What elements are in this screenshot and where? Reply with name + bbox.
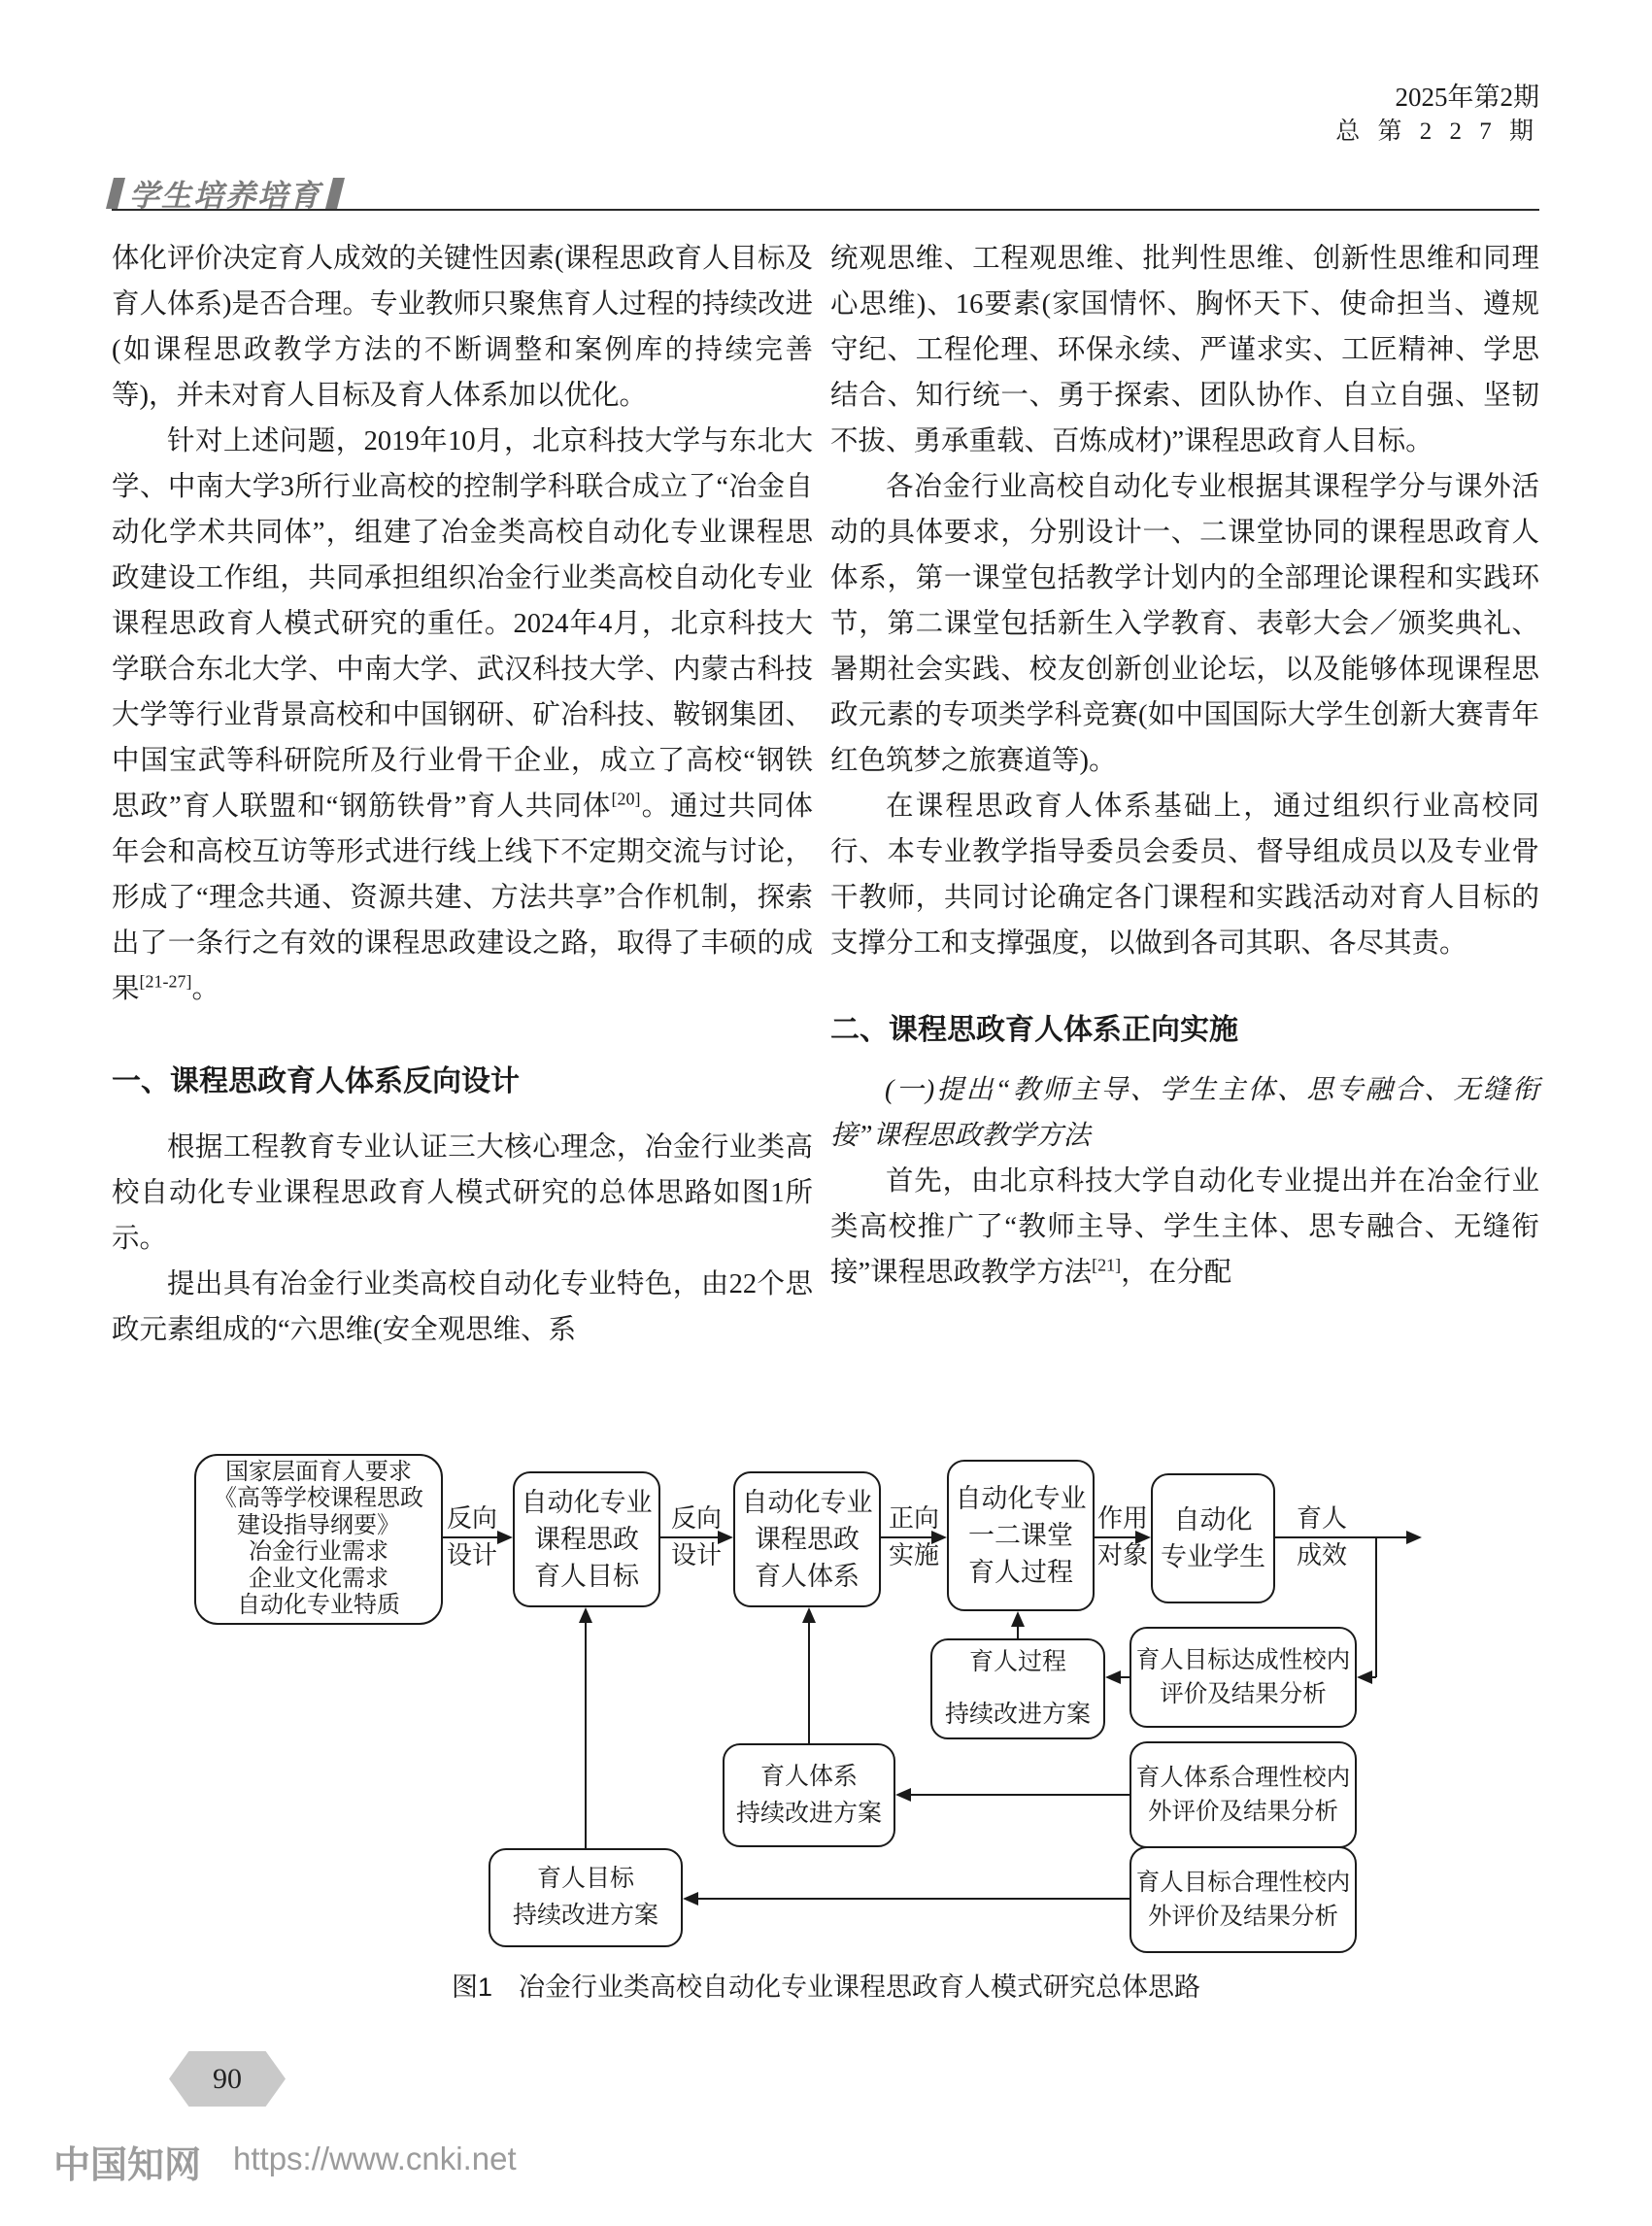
flow-label-outcome: 育人 成效 [1293, 1501, 1351, 1574]
header-divider [112, 209, 1539, 211]
flow-box-requirements: 国家层面育人要求 《高等学校课程思政 建设指导纲要》 冶金行业需求 企业文化需求… [194, 1454, 443, 1625]
sub-heading: (一)提出“教师主导、学生主体、思专融合、无缝衔接”课程思政教学方法 [830, 1067, 1539, 1159]
flow-box-education-system: 自动化专业 课程思政 育人体系 [733, 1471, 881, 1607]
right-column: 统观思维、工程观思维、批判性思维、创新性思维和同理心思维)、16要素(家国情怀、… [830, 236, 1539, 1296]
flow-box-system-rationality-evaluation: 育人体系合理性校内 外评价及结果分析 [1129, 1741, 1357, 1848]
paragraph: 针对上述问题，2019年10月，北京科技大学与东北大学、中南大学3所行业高校的控… [112, 419, 813, 1012]
paragraph: 提出具有冶金行业类高校自动化专业特色，由22个思政元素组成的“六思维(安全观思维… [112, 1262, 813, 1353]
page-number: 90 [213, 2063, 242, 2096]
flow-box-students: 自动化 专业学生 [1151, 1473, 1275, 1603]
issue-info: 2025年第2期 总 第 2 2 7 期 [1335, 80, 1539, 150]
section-heading-1: 一、课程思政育人体系反向设计 [112, 1062, 813, 1101]
section-heading-2: 二、课程思政育人体系正向实施 [830, 1011, 1539, 1050]
flow-box-goal-rationality-evaluation: 育人目标合理性校内 外评价及结果分析 [1129, 1846, 1357, 1953]
figure-caption: 图1 冶金行业类高校自动化专业课程思政育人模式研究总体思路 [0, 1966, 1652, 2004]
page-number-badge: 90 [169, 2051, 286, 2107]
flow-box-education-goal: 自动化专业 课程思政 育人目标 [513, 1471, 660, 1607]
paragraph: 各冶金行业高校自动化专业根据其课程学分与课外活动的具体要求，分别设计一、二课堂协… [830, 464, 1539, 784]
flow-box-goal-attainment-evaluation: 育人目标达成性校内 评价及结果分析 [1129, 1627, 1357, 1728]
paragraph: 在课程思政育人体系基础上，通过组织行业高校同行、本专业教学指导委员会委员、督导组… [830, 784, 1539, 966]
flow-label-target-object: 作用 对象 [1094, 1501, 1152, 1574]
paragraph: 根据工程教育专业认证三大核心理念，冶金行业类高校自动化专业课程思政育人模式研究的… [112, 1125, 813, 1262]
issue-year: 2025年第2期 [1335, 80, 1539, 115]
banner-bar-icon [106, 178, 125, 209]
flow-box-education-process: 自动化专业 一二课堂 育人过程 [947, 1460, 1095, 1611]
paragraph: 统观思维、工程观思维、批判性思维、创新性思维和同理心思维)、16要素(家国情怀、… [830, 236, 1539, 464]
banner-bar-icon [325, 178, 345, 209]
flow-label-reverse-design-2: 反向 设计 [667, 1501, 725, 1574]
journal-page: 2025年第2期 总 第 2 2 7 期 学生培养培育 体化评价决定育人成效的关… [0, 0, 1652, 2226]
flow-box-process-improvement: 育人过程 持续改进方案 [930, 1638, 1105, 1739]
flow-box-system-improvement: 育人体系 持续改进方案 [723, 1743, 895, 1847]
paragraph: 体化评价决定育人成效的关键性因素(课程思政育人目标及育人体系)是否合理。专业教师… [112, 236, 813, 419]
flow-box-goal-improvement: 育人目标 持续改进方案 [489, 1848, 683, 1947]
paragraph: 首先，由北京科技大学自动化专业提出并在冶金行业类高校推广了“教师主导、学生主体、… [830, 1159, 1539, 1296]
cnki-url: https://www.cnki.net [233, 2141, 517, 2177]
flow-label-reverse-design-1: 反向 设计 [443, 1501, 501, 1574]
issue-total: 总 第 2 2 7 期 [1335, 115, 1539, 150]
left-column: 体化评价决定育人成效的关键性因素(课程思政育人目标及育人体系)是否合理。专业教师… [112, 236, 813, 1353]
flow-label-forward-implement: 正向 实施 [885, 1501, 943, 1574]
cnki-logo: 中国知网 [53, 2135, 201, 2188]
